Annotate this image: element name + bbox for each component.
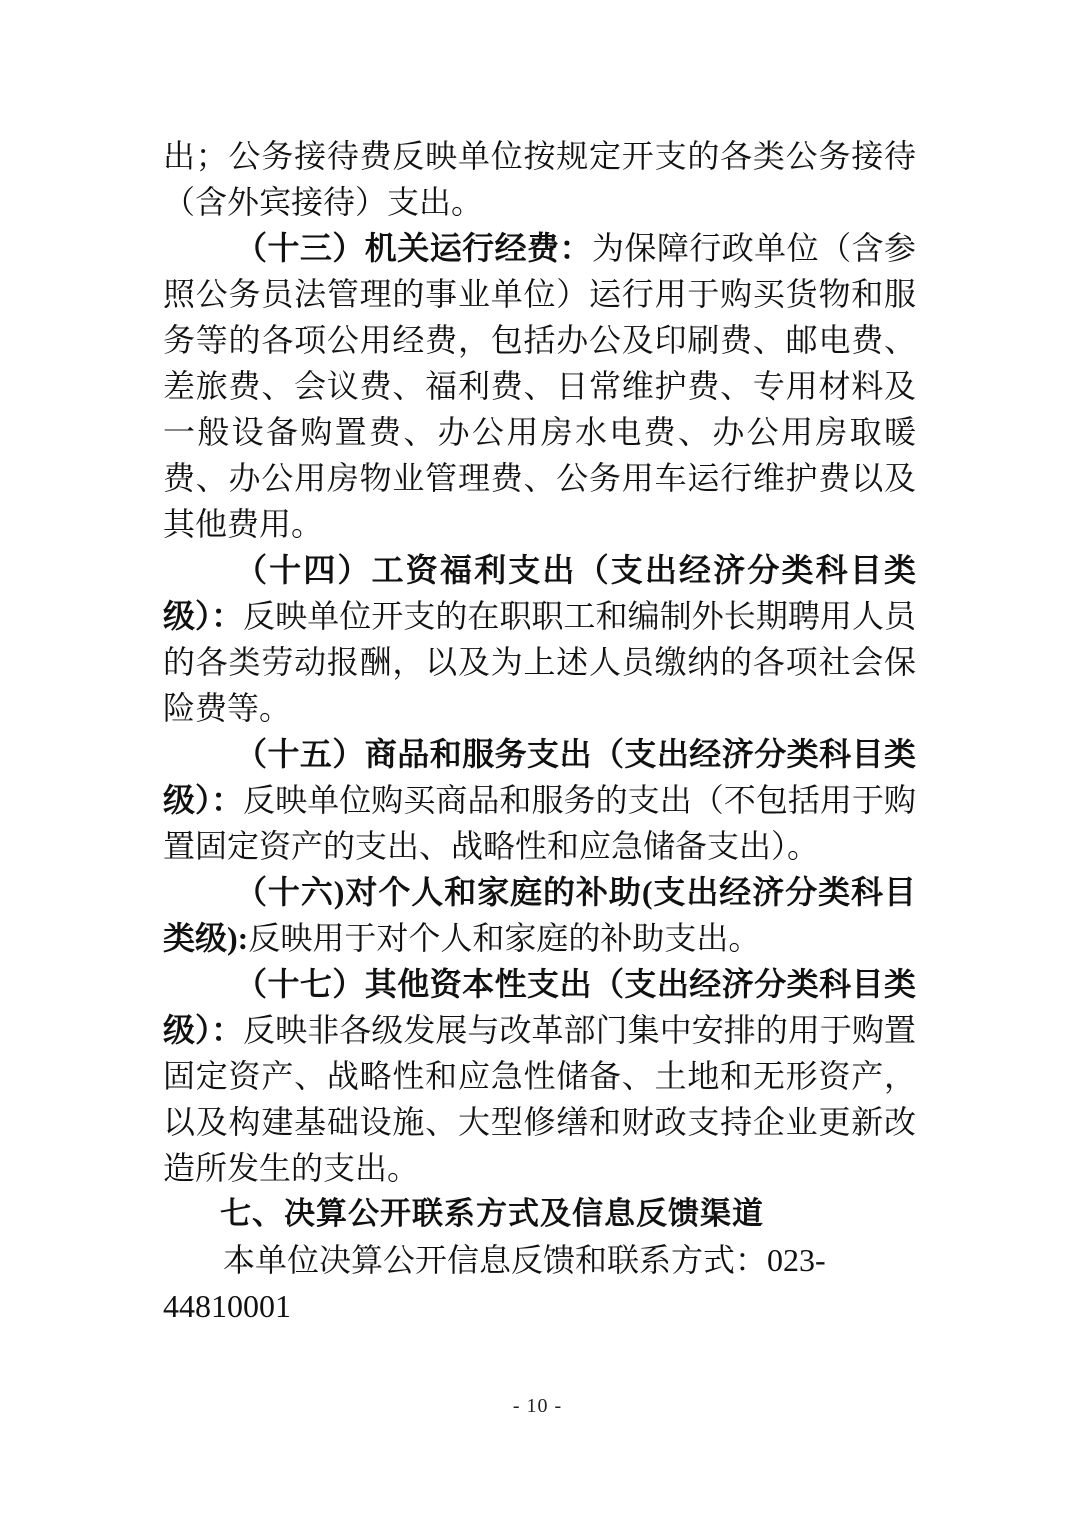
- item-14-text: 反映单位开支的在职职工和编制外长期聘用人员的各类劳动报酬，以及为上述人员缴纳的各…: [163, 598, 916, 726]
- item-13-heading: （十三）机关运行经费：: [235, 230, 592, 266]
- item-17-paragraph: （十七）其他资本性支出（支出经济分类科目类级）：反映非各级发展与改革部门集中安排…: [163, 961, 916, 1191]
- item-14-paragraph: （十四）工资福利支出（支出经济分类科目类级）：反映单位开支的在职职工和编制外长期…: [163, 547, 916, 731]
- contact-label: 本单位决算公开信息反馈和联系方式：: [223, 1242, 767, 1278]
- paragraph-carryover: 出；公务接待费反映单位按规定开支的各类公务接待（含外宾接待）支出。: [163, 133, 916, 225]
- document-page: 出；公务接待费反映单位按规定开支的各类公务接待（含外宾接待）支出。 （十三）机关…: [0, 0, 1075, 1520]
- item-16-text: 反映用于对个人和家庭的补助支出。: [248, 920, 760, 956]
- item-13-paragraph: （十三）机关运行经费：为保障行政单位（含参照公务员法管理的事业单位）运行用于购买…: [163, 225, 916, 547]
- document-body: 出；公务接待费反映单位按规定开支的各类公务接待（含外宾接待）支出。 （十三）机关…: [163, 133, 916, 1329]
- item-16-paragraph: （十六)对个人和家庭的补助(支出经济分类科目类级):反映用于对个人和家庭的补助支…: [163, 869, 916, 961]
- item-17-text: 反映非各级发展与改革部门集中安排的用于购置固定资产、战略性和应急性储备、土地和无…: [163, 1012, 916, 1186]
- item-13-text: 为保障行政单位（含参照公务员法管理的事业单位）运行用于购买货物和服务等的各项公用…: [163, 230, 916, 542]
- section-7-heading: 七、决算公开联系方式及信息反馈渠道: [163, 1191, 916, 1237]
- contact-paragraph: 本单位决算公开信息反馈和联系方式：023-44810001: [163, 1237, 916, 1329]
- paragraph-carryover-text: 出；公务接待费反映单位按规定开支的各类公务接待（含外宾接待）支出。: [163, 138, 916, 220]
- page-number: - 10 -: [0, 1395, 1075, 1418]
- item-15-paragraph: （十五）商品和服务支出（支出经济分类科目类级）：反映单位购买商品和服务的支出（不…: [163, 731, 916, 869]
- item-15-text: 反映单位购买商品和服务的支出（不包括用于购置固定资产的支出、战略性和应急储备支出…: [163, 782, 916, 864]
